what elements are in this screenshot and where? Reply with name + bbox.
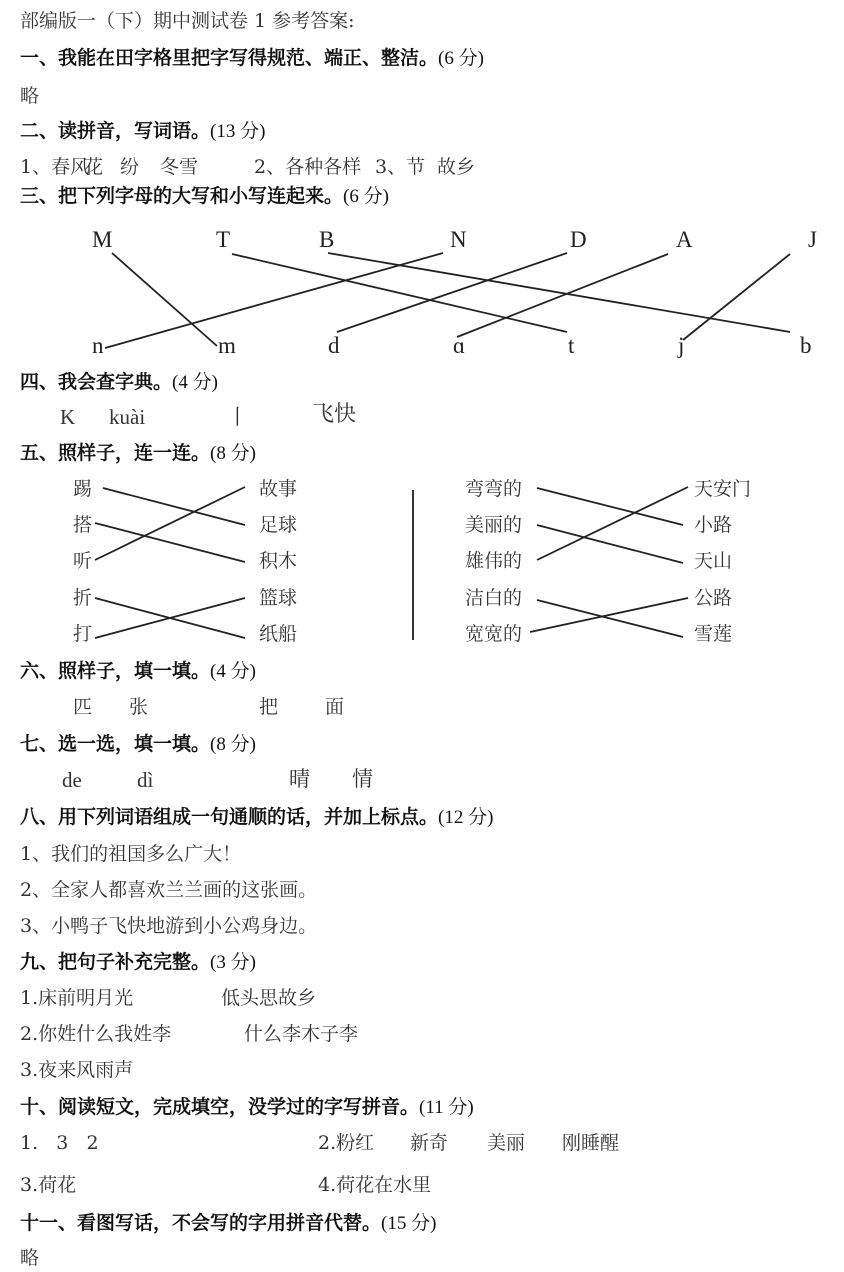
lower-letter-d: d xyxy=(328,333,340,359)
s5-left-target-1: 故事 xyxy=(259,477,297,501)
s8-answer-2: 2、全家人都喜欢兰兰画的这张画。 xyxy=(20,878,317,902)
s5-left-item-2: 搭 xyxy=(73,513,92,537)
section-5-heading: 五、照样子，连一连。(8 分) xyxy=(20,441,256,466)
s5-left-target-5: 纸船 xyxy=(259,622,297,646)
s4-word: 飞快 xyxy=(312,403,356,427)
s2-answer-3: 纷 xyxy=(120,155,139,179)
s4-letter: K xyxy=(60,405,75,429)
s2-answer-5: 2、各种各样 xyxy=(254,155,361,179)
line-ting-gushi xyxy=(95,487,245,560)
line-D-d xyxy=(337,253,567,332)
s2-answer-6: 3、节 xyxy=(375,155,425,179)
s2-answer-7: 故乡 xyxy=(437,155,475,179)
section-3-heading: 三、把下列字母的大写和小写连起来。(6 分) xyxy=(20,184,389,209)
s10-answer-2b: 新奇 xyxy=(410,1131,448,1155)
lower-letter-j: j xyxy=(678,333,684,359)
line-meili-tianshan xyxy=(537,525,683,563)
s5-right-item-2: 美丽的 xyxy=(465,513,522,537)
s4-pinyin: kuài xyxy=(109,405,145,429)
section-11-answer: 略 xyxy=(20,1246,39,1270)
s5-left-item-4: 折 xyxy=(73,586,92,610)
s5-right-target-4: 公路 xyxy=(694,586,732,610)
line-T-t xyxy=(232,254,567,332)
document-title: 部编版一（下）期中测试卷 1 参考答案: xyxy=(20,9,355,33)
s2-answer-4: 冬雪 xyxy=(160,155,198,179)
s6-answer-4: 面 xyxy=(325,695,344,719)
upper-letter-b: B xyxy=(319,227,334,253)
upper-letter-n: N xyxy=(450,227,467,253)
s5-right-item-5: 宽宽的 xyxy=(465,622,522,646)
line-xiongwei-tiananmen xyxy=(537,487,688,560)
s5-right-item-4: 洁白的 xyxy=(465,586,522,610)
line-da-jimu xyxy=(95,523,245,562)
s5-right-item-1: 弯弯的 xyxy=(465,477,522,501)
line-N-n xyxy=(105,253,443,348)
s5-left-item-1: 踢 xyxy=(73,477,92,501)
line-zhe-zhichuan xyxy=(95,598,245,638)
s5-left-item-5: 打 xyxy=(73,622,92,646)
s5-right-target-1: 天安门 xyxy=(694,477,751,501)
line-J-j xyxy=(683,254,790,340)
s5-left-target-2: 足球 xyxy=(259,513,297,537)
s9-answer-1a: 1.床前明月光 xyxy=(20,986,133,1010)
section-11-heading: 十一、看图写话，不会写的字用拼音代替。(15 分) xyxy=(20,1211,436,1236)
line-da-lanqiu xyxy=(95,598,245,638)
section-6-heading: 六、照样子，填一填。(4 分) xyxy=(20,659,256,684)
section-10-heading: 十、阅读短文，完成填空，没学过的字写拼音。(11 分) xyxy=(20,1095,474,1120)
upper-letter-j: J xyxy=(808,227,817,253)
s7-answer-2: dì xyxy=(137,768,153,792)
s2-answer-2: 花 xyxy=(84,155,103,179)
s9-answer-1b: 低头思故乡 xyxy=(221,986,316,1010)
s10-answer-2c: 美丽 xyxy=(487,1131,525,1155)
s6-answer-1: 匹 xyxy=(73,695,92,719)
line-M-m xyxy=(112,253,217,346)
s10-answer-1: 1. 3 2 xyxy=(20,1131,99,1155)
section-8-heading: 八、用下列词语组成一句通顺的话，并加上标点。(12 分) xyxy=(20,805,493,830)
line-jiebai-xuelian xyxy=(537,600,683,637)
s6-answer-3: 把 xyxy=(259,695,278,719)
s5-right-target-5: 雪莲 xyxy=(694,622,732,646)
s5-left-target-4: 篮球 xyxy=(259,586,297,610)
s5-right-item-3: 雄伟的 xyxy=(465,549,522,573)
line-wanwan-xiaolu xyxy=(537,488,683,525)
line-ti-zuqiu xyxy=(103,488,245,525)
upper-letter-m: M xyxy=(92,227,112,253)
lower-letter-b: b xyxy=(800,333,812,359)
upper-letter-d: D xyxy=(570,227,587,253)
section-7-heading: 七、选一选，填一填。(8 分) xyxy=(20,732,256,757)
s2-answer-1: 1、春风 xyxy=(20,155,89,179)
section-1-heading: 一、我能在田字格里把字写得规范、端正、整洁。(6 分) xyxy=(20,46,484,71)
s10-answer-4: 4.荷花在水里 xyxy=(318,1173,431,1197)
s5-left-item-3: 听 xyxy=(73,549,92,573)
section-2-heading: 二、读拼音，写词语。(13 分) xyxy=(20,119,265,144)
s10-answer-2a: 2.粉红 xyxy=(318,1131,374,1155)
lower-letter-n: n xyxy=(92,333,104,359)
line-A-a xyxy=(457,254,668,337)
s10-answer-3: 3.荷花 xyxy=(20,1173,76,1197)
s9-answer-2a: 2.你姓什么我姓李 xyxy=(20,1022,171,1046)
section-9-heading: 九、把句子补充完整。(3 分) xyxy=(20,950,256,975)
s9-answer-3a: 3.夜来风雨声 xyxy=(20,1058,133,1082)
s5-right-target-3: 天山 xyxy=(694,549,732,573)
s9-answer-2b: 什么李木子李 xyxy=(244,1022,358,1046)
lower-letter-m: m xyxy=(218,333,236,359)
s5-left-target-3: 积木 xyxy=(259,549,297,573)
upper-letter-t: T xyxy=(216,227,230,253)
s8-answer-3: 3、小鸭子飞快地游到小公鸡身边。 xyxy=(20,914,317,938)
lower-letter-a: ɑ xyxy=(453,333,465,359)
line-B-b xyxy=(328,253,790,332)
upper-letter-a: A xyxy=(676,227,693,253)
s5-right-target-2: 小路 xyxy=(694,513,732,537)
s8-answer-1: 1、我们的祖国多么广大！ xyxy=(20,842,241,866)
s10-answer-2d: 刚睡醒 xyxy=(562,1131,619,1155)
s7-answer-3: 晴 xyxy=(289,767,310,791)
s7-answer-1: de xyxy=(62,768,82,792)
section-1-answer: 略 xyxy=(20,84,39,108)
s6-answer-2: 张 xyxy=(129,695,148,719)
section-4-heading: 四、我会查字典。(4 分) xyxy=(20,370,218,395)
line-kuankuan-gonglu xyxy=(530,598,688,632)
s7-answer-4: 情 xyxy=(352,767,373,791)
s4-radical: 丨 xyxy=(227,405,248,429)
lower-letter-t: t xyxy=(568,333,574,359)
